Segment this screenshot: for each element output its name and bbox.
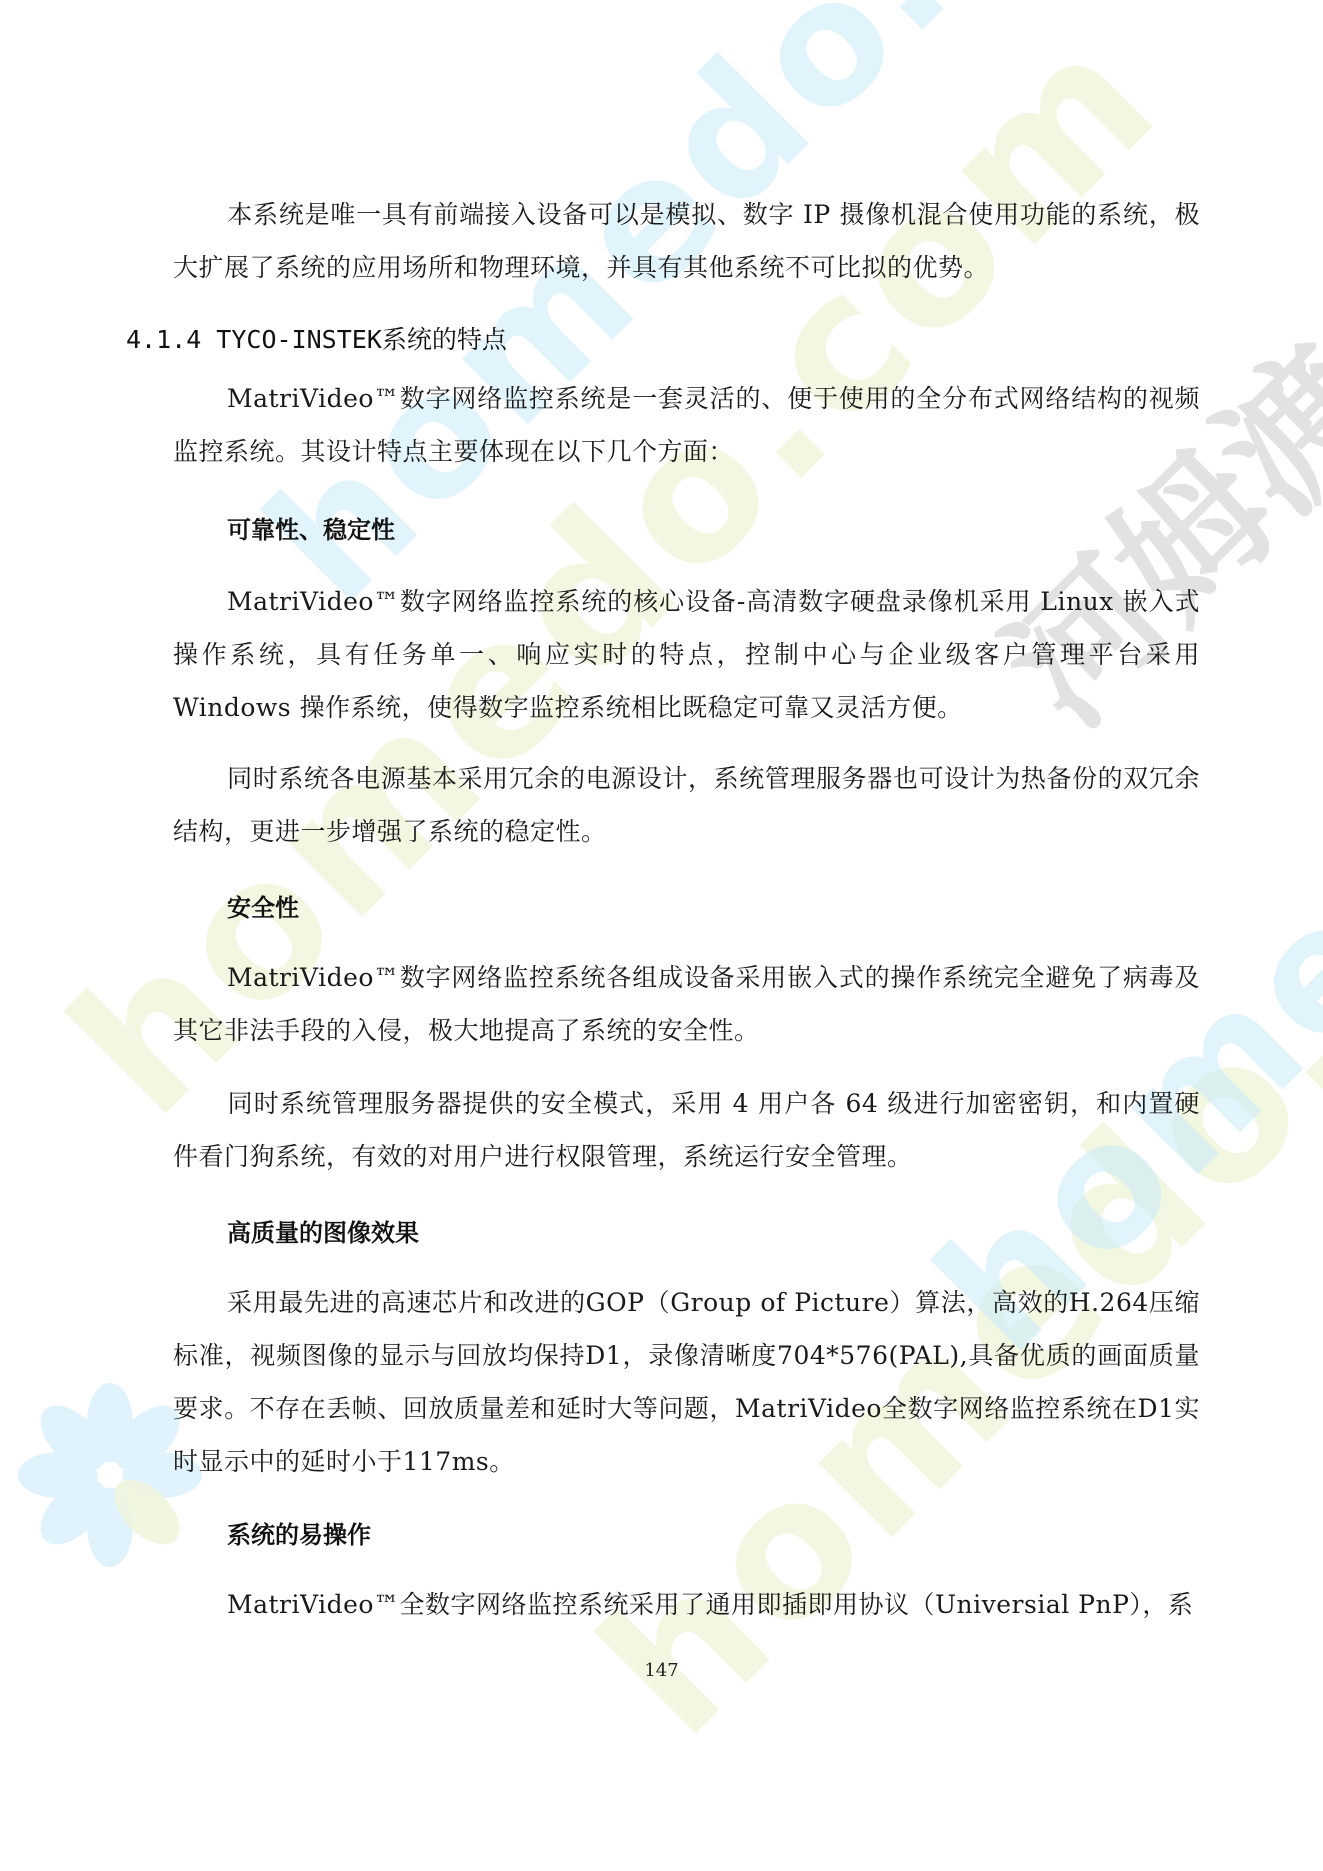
subheading-image-quality: 高质量的图像效果 [227, 1213, 419, 1248]
reliability-paragraph-2: 同时系统各电源基本采用冗余的电源设计，系统管理服务器也可设计为热备份的双冗余结构… [173, 752, 1200, 858]
image-quality-paragraph: 采用最先进的高速芯片和改进的GOP（Group of Picture）算法，高效… [173, 1276, 1200, 1488]
watermark-homedo: homedo.com [900, 339, 1323, 1390]
security-paragraph-1: MatriVideo™数字网络监控系统各组成设备采用嵌入式的操作系统完全避免了病… [173, 951, 1200, 1057]
section-heading: 4.1.4 TYCO-INSTEK系统的特点 [126, 320, 507, 356]
ease-of-use-paragraph: MatriVideo™全数字网络监控系统采用了通用即插即用协议（Universi… [173, 1578, 1200, 1631]
reliability-paragraph-2-text: 同时系统各电源基本采用冗余的电源设计，系统管理服务器也可设计为热备份的双冗余结构… [173, 764, 1200, 846]
subheading-reliability: 可靠性、稳定性 [227, 510, 395, 545]
subheading-ease-of-use: 系统的易操作 [227, 1515, 371, 1550]
intro-paragraph-text: 本系统是唯一具有前端接入设备可以是模拟、数字 IP 摄像机混合使用功能的系统，极… [173, 200, 1200, 282]
page-number: 147 [0, 1660, 1323, 1681]
reliability-paragraph-1: MatriVideo™数字网络监控系统的核心设备-高清数字硬盘录像机采用 Lin… [173, 575, 1200, 734]
reliability-paragraph-1-text: MatriVideo™数字网络监控系统的核心设备-高清数字硬盘录像机采用 Lin… [173, 587, 1200, 722]
intro-paragraph: 本系统是唯一具有前端接入设备可以是模拟、数字 IP 摄像机混合使用功能的系统，极… [173, 188, 1200, 294]
security-paragraph-2: 同时系统管理服务器提供的安全模式，采用 4 用户各 64 级进行加密密钥，和内置… [173, 1077, 1200, 1183]
security-paragraph-2-text: 同时系统管理服务器提供的安全模式，采用 4 用户各 64 级进行加密密钥，和内置… [173, 1089, 1200, 1171]
subheading-security: 安全性 [227, 888, 299, 923]
section-intro-paragraph: MatriVideo™数字网络监控系统是一套灵活的、便于使用的全分布式网络结构的… [173, 372, 1200, 478]
section-intro-text: MatriVideo™数字网络监控系统是一套灵活的、便于使用的全分布式网络结构的… [173, 384, 1200, 466]
image-quality-paragraph-text: 采用最先进的高速芯片和改进的GOP（Group of Picture）算法，高效… [173, 1288, 1200, 1476]
ease-of-use-paragraph-text: MatriVideo™全数字网络监控系统采用了通用即插即用协议（Universi… [227, 1590, 1193, 1619]
security-paragraph-1-text: MatriVideo™数字网络监控系统各组成设备采用嵌入式的操作系统完全避免了病… [173, 963, 1200, 1045]
